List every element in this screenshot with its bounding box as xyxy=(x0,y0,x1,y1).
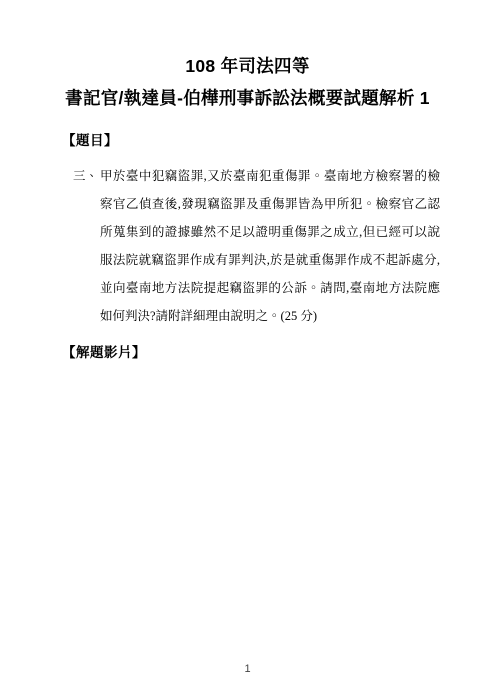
question-number: 三、 xyxy=(73,162,100,190)
page-number: 1 xyxy=(0,663,495,675)
question-item: 三、 甲於臺中犯竊盜罪,又於臺南犯重傷罪。臺南地方檢察署的檢察官乙偵查後,發現竊… xyxy=(73,162,495,330)
document-page: 108 年司法四等 書記官/執達員-伯樺刑事訴訟法概要試題解析 1 【題目】 三… xyxy=(0,0,495,700)
question-text: 甲於臺中犯竊盜罪,又於臺南犯重傷罪。臺南地方檢察署的檢察官乙偵查後,發現竊盜罪及… xyxy=(100,162,440,330)
question-section-label: 【題目】 xyxy=(62,132,495,150)
document-title: 108 年司法四等 xyxy=(0,50,495,82)
document-subtitle: 書記官/執達員-伯樺刑事訴訟法概要試題解析 1 xyxy=(0,82,495,114)
document-header: 108 年司法四等 書記官/執達員-伯樺刑事訴訟法概要試題解析 1 xyxy=(0,50,495,114)
video-section-label: 【解題影片】 xyxy=(62,344,495,362)
